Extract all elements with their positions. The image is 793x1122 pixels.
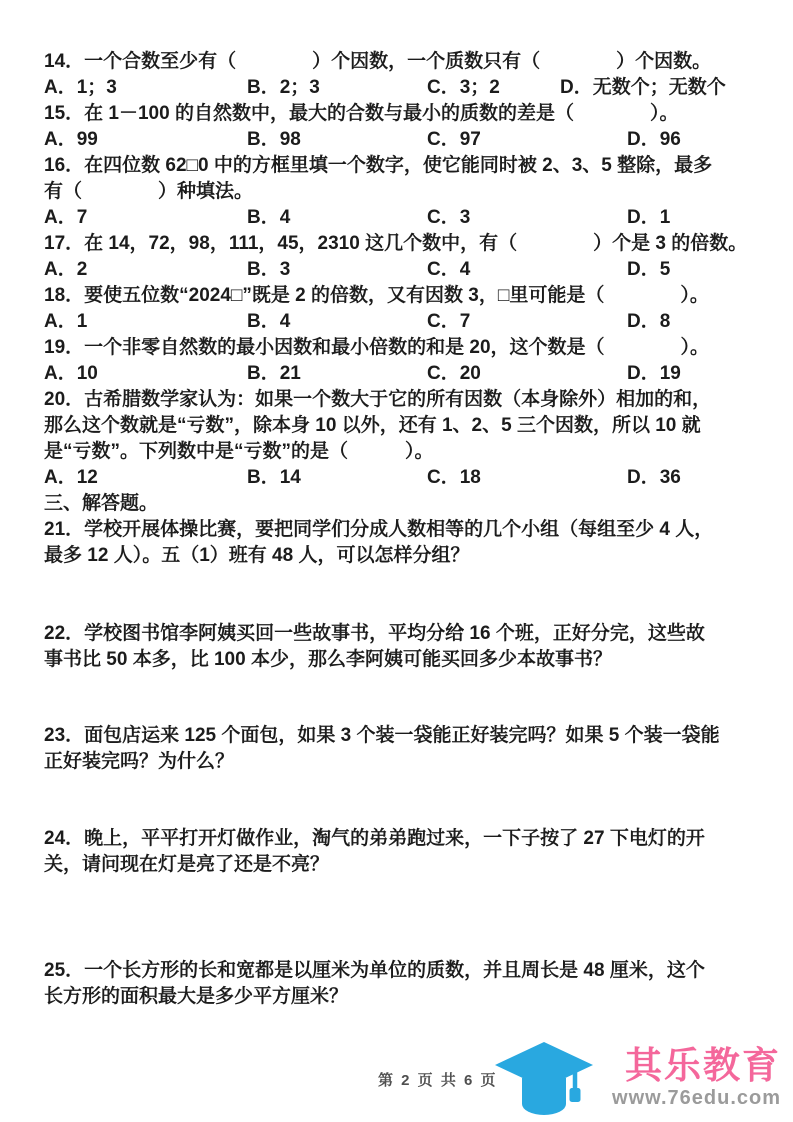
options-row: A．1 B．4 C．7 D．8	[44, 309, 781, 335]
problem-text: 21．学校开展体操比赛，要把同学们分成人数相等的几个小组（每组至少 4 人，	[44, 517, 781, 543]
option-c: C．7	[427, 309, 627, 335]
worksheet-content: 14．一个合数至少有（ ）个因数，一个质数只有（ ）个因数。 A．1；3 B．2…	[44, 49, 781, 1010]
option-d: D．96	[627, 127, 781, 153]
problem-text: 关，请问现在灯是亮了还是不亮？	[44, 852, 781, 878]
option-a: A．2	[44, 257, 247, 283]
option-a: A．99	[44, 127, 247, 153]
option-b: B．2；3	[247, 75, 427, 101]
options-row: A．10 B．21 C．20 D．19	[44, 361, 781, 387]
word-problem-23: 23．面包店运来 125 个面包，如果 3 个装一袋能正好装完吗？如果 5 个装…	[44, 723, 781, 775]
question-text: 是“亏数”。下列数中是“亏数”的是（ ）。	[44, 439, 781, 465]
word-problem-21: 21．学校开展体操比赛，要把同学们分成人数相等的几个小组（每组至少 4 人， 最…	[44, 517, 781, 569]
problem-text: 最多 12 人）。五（1）班有 48 人，可以怎样分组？	[44, 543, 781, 569]
page-indicator: 第 2 页 共 6 页	[378, 1070, 498, 1092]
word-problem-24: 24．晚上，平平打开灯做作业，淘气的弟弟跑过来，一下子按了 27 下电灯的开 关…	[44, 826, 781, 878]
option-a: A．7	[44, 205, 247, 231]
option-d: D．8	[627, 309, 781, 335]
option-d: D．19	[627, 361, 781, 387]
mcq-question-17: 17．在 14，72，98，111，45，2310 这几个数中，有（ ）个是 3…	[44, 231, 781, 283]
mcq-question-15: 15．在 1－100 的自然数中，最大的合数与最小的质数的差是（ ）。 A．99…	[44, 101, 781, 153]
question-text: 14．一个合数至少有（ ）个因数，一个质数只有（ ）个因数。	[44, 49, 781, 75]
option-a: A．10	[44, 361, 247, 387]
mcq-question-19: 19．一个非零自然数的最小因数和最小倍数的和是 20，这个数是（ ）。 A．10…	[44, 335, 781, 387]
options-row: A．7 B．4 C．3 D．1	[44, 205, 781, 231]
problem-text: 23．面包店运来 125 个面包，如果 3 个装一袋能正好装完吗？如果 5 个装…	[44, 723, 781, 749]
brand-website: www.76edu.com	[612, 1088, 781, 1108]
option-c: C．4	[427, 257, 627, 283]
brand-logo: 其乐教育 www.76edu.com	[489, 1038, 781, 1122]
question-text: 有（ ）种填法。	[44, 179, 781, 205]
mcq-question-20: 20．古希腊数学家认为：如果一个数大于它的所有因数（本身除外）相加的和， 那么这…	[44, 387, 781, 491]
section-heading: 三、解答题。	[44, 491, 781, 517]
graduation-cap-icon	[491, 1040, 597, 1120]
option-a: A．1；3	[44, 75, 247, 101]
problem-text: 24．晚上，平平打开灯做作业，淘气的弟弟跑过来，一下子按了 27 下电灯的开	[44, 826, 781, 852]
option-d: D．1	[627, 205, 781, 231]
brand-name: 其乐教育	[625, 1047, 781, 1084]
option-b: B．98	[247, 127, 427, 153]
options-row: A．2 B．3 C．4 D．5	[44, 257, 781, 283]
option-b: B．4	[247, 205, 427, 231]
problem-text: 事书比 50 本多，比 100 本少，那么李阿姨可能买回多少本故事书？	[44, 647, 781, 673]
option-b: B．4	[247, 309, 427, 335]
option-b: B．14	[247, 465, 427, 491]
question-text: 16．在四位数 62□0 中的方框里填一个数字，使它能同时被 2、3、5 整除，…	[44, 153, 781, 179]
question-text: 19．一个非零自然数的最小因数和最小倍数的和是 20，这个数是（ ）。	[44, 335, 781, 361]
worksheet-page: 14．一个合数至少有（ ）个因数，一个质数只有（ ）个因数。 A．1；3 B．2…	[0, 0, 793, 1122]
option-d: D．36	[627, 465, 781, 491]
options-row: A．1；3 B．2；3 C．3；2 D．无数个；无数个	[44, 75, 781, 101]
question-text: 18．要使五位数“2024□”既是 2 的倍数，又有因数 3，□里可能是（ ）。	[44, 283, 781, 309]
problem-text: 25．一个长方形的长和宽都是以厘米为单位的质数，并且周长是 48 厘米，这个	[44, 958, 781, 984]
option-c: C．3	[427, 205, 627, 231]
mcq-question-16: 16．在四位数 62□0 中的方框里填一个数字，使它能同时被 2、3、5 整除，…	[44, 153, 781, 231]
problem-text: 正好装完吗？为什么？	[44, 749, 781, 775]
option-d: D．5	[627, 257, 781, 283]
mcq-question-14: 14．一个合数至少有（ ）个因数，一个质数只有（ ）个因数。 A．1；3 B．2…	[44, 49, 781, 101]
option-c: C．18	[427, 465, 627, 491]
options-row: A．12 B．14 C．18 D．36	[44, 465, 781, 491]
word-problem-22: 22．学校图书馆李阿姨买回一些故事书，平均分给 16 个班，正好分完，这些故 事…	[44, 621, 781, 673]
option-b: B．21	[247, 361, 427, 387]
option-a: A．1	[44, 309, 247, 335]
problem-text: 长方形的面积最大是多少平方厘米？	[44, 984, 781, 1010]
question-text: 15．在 1－100 的自然数中，最大的合数与最小的质数的差是（ ）。	[44, 101, 781, 127]
problem-text: 22．学校图书馆李阿姨买回一些故事书，平均分给 16 个班，正好分完，这些故	[44, 621, 781, 647]
option-c: C．97	[427, 127, 627, 153]
option-b: B．3	[247, 257, 427, 283]
question-text: 那么这个数就是“亏数”，除本身 10 以外，还有 1、2、5 三个因数，所以 1…	[44, 413, 781, 439]
word-problem-25: 25．一个长方形的长和宽都是以厘米为单位的质数，并且周长是 48 厘米，这个 长…	[44, 958, 781, 1010]
mcq-question-18: 18．要使五位数“2024□”既是 2 的倍数，又有因数 3，□里可能是（ ）。…	[44, 283, 781, 335]
option-a: A．12	[44, 465, 247, 491]
option-d: D．无数个；无数个	[560, 75, 781, 101]
question-text: 20．古希腊数学家认为：如果一个数大于它的所有因数（本身除外）相加的和，	[44, 387, 781, 413]
option-c: C．3；2	[427, 75, 560, 101]
options-row: A．99 B．98 C．97 D．96	[44, 127, 781, 153]
question-text: 17．在 14，72，98，111，45，2310 这几个数中，有（ ）个是 3…	[44, 231, 781, 257]
option-c: C．20	[427, 361, 627, 387]
